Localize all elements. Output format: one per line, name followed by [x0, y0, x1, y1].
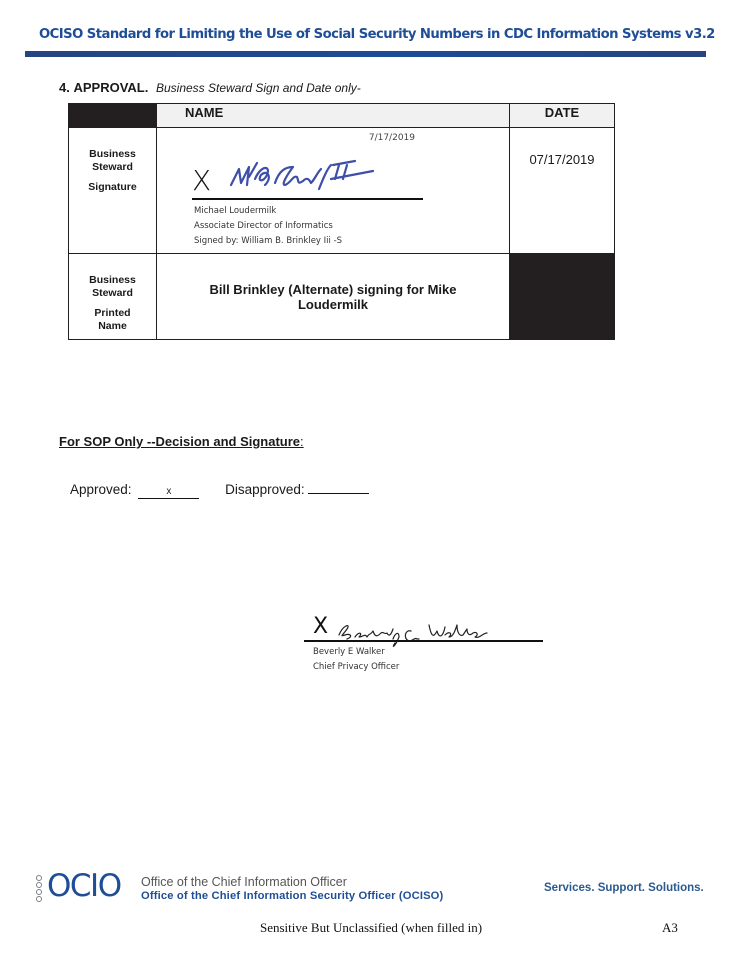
section-number: 4.	[59, 80, 70, 95]
signature-line	[192, 198, 423, 200]
signature-date-cell: 07/17/2019	[510, 128, 615, 254]
printed-name-row-label: Business Steward Printed Name	[69, 254, 157, 340]
label-line: Steward	[69, 287, 156, 300]
printed-name-row: Business Steward Printed Name Bill Brink…	[69, 254, 615, 340]
printed-name-line: Loudermilk	[157, 297, 509, 312]
label-line: Printed	[69, 307, 156, 320]
printed-name-line: Bill Brinkley (Alternate) signing for Mi…	[157, 282, 509, 297]
label-line: Steward	[69, 161, 156, 174]
signature-date: 07/17/2019	[510, 128, 614, 167]
approved-label: Approved:	[70, 482, 132, 497]
title-divider-bar	[25, 51, 706, 57]
section-heading: 4. APPROVAL. Business Steward Sign and D…	[59, 80, 361, 95]
signer-details: Michael Loudermilk Associate Director of…	[194, 204, 342, 249]
approval-table: NAME DATE Business Steward Signature 7/1…	[68, 103, 615, 340]
signature-row: Business Steward Signature 7/17/2019 X M…	[69, 128, 615, 254]
sop-heading-colon: :	[300, 434, 304, 449]
column-header-name: NAME	[157, 104, 510, 128]
classification-marking: Sensitive But Unclassified (when filled …	[260, 920, 482, 936]
header-blank-cell	[69, 104, 157, 128]
ocio-logo: OCIO	[47, 868, 121, 904]
cpo-name: Beverly E Walker	[313, 645, 399, 660]
sop-heading: For SOP Only --Decision and Signature:	[59, 434, 304, 449]
signature-x-mark: X	[192, 164, 211, 197]
section-subtitle: Business Steward Sign and Date only-	[156, 81, 361, 95]
signature-row-label: Business Steward Signature	[69, 128, 157, 254]
section-title: APPROVAL.	[73, 80, 148, 95]
disapproved-label: Disapproved:	[225, 482, 305, 497]
footer-office-line-1: Office of the Chief Information Officer	[141, 875, 347, 889]
approved-field[interactable]: x	[138, 486, 199, 499]
sop-heading-text: For SOP Only --Decision and Signature	[59, 434, 300, 449]
table-header-row: NAME DATE	[69, 104, 615, 128]
signature-date-stamp: 7/17/2019	[369, 133, 415, 143]
label-line: Business	[69, 148, 156, 161]
label-line: Signature	[69, 181, 156, 194]
sop-decision: Approved: x Disapproved:	[70, 482, 369, 499]
footer-office-line-2: Office of the Chief Information Security…	[141, 890, 443, 902]
document-title: OCISO Standard for Limiting the Use of S…	[39, 27, 715, 42]
printed-name-field[interactable]: Bill Brinkley (Alternate) signing for Mi…	[157, 254, 510, 340]
label-line: Business	[69, 274, 156, 287]
signer-name: Michael Loudermilk	[194, 204, 342, 219]
cpo-title: Chief Privacy Officer	[313, 660, 399, 675]
digital-signature-field[interactable]: 7/17/2019 X Michael Loudermilk Associate…	[157, 128, 510, 254]
signer-title: Associate Director of Informatics	[194, 219, 342, 234]
cpo-signer-details: Beverly E Walker Chief Privacy Officer	[313, 645, 399, 675]
footer-tagline: Services. Support. Solutions.	[544, 882, 704, 894]
printed-name-date-blank-cell	[510, 254, 615, 340]
signed-by: Signed by: William B. Brinkley Iii -S	[194, 234, 342, 249]
ocio-logo-dots-icon	[36, 875, 43, 903]
label-line: Name	[69, 320, 156, 333]
disapproved-field[interactable]	[308, 493, 369, 494]
page-number: A3	[662, 920, 678, 936]
cpo-signature-line	[304, 640, 543, 642]
cpo-signature-x-mark: X	[313, 614, 328, 639]
column-header-date: DATE	[510, 104, 615, 128]
handwritten-signature-icon	[227, 155, 377, 195]
